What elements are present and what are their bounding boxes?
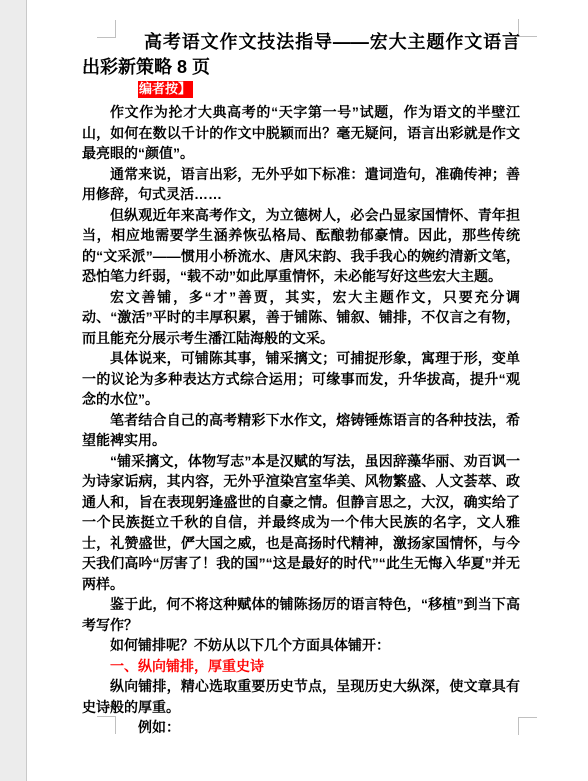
editor-note-row: 编者按】 [82, 80, 520, 102]
doc-title[interactable]: 高考语文作文技法指导——宏大主题作文语言出彩新策略 8 页 [82, 30, 520, 80]
paragraph[interactable]: 但纵观近年来高考作文，为立德树人，必会凸显家国情怀、青年担当，相应地需要学生涵养… [82, 205, 520, 287]
paragraph[interactable]: 鉴于此，何不将这种赋体的铺陈扬厉的语言特色，“移植”到当下高考写作？ [82, 594, 520, 635]
paragraph[interactable]: 笔者结合自己的高考精彩下水作文，熔铸锤炼语言的各种技法，希望能裨实用。 [82, 410, 520, 451]
text-boundary-mark-top-right [518, 19, 537, 37]
document-body[interactable]: 作文作为抡才大典高考的“天字第一号”试题，作为语文的半壁江山，如何在数以千计的作… [82, 102, 520, 738]
section-heading[interactable]: 一、纵向铺排，厚重史诗 [82, 656, 520, 677]
editor-note-badge[interactable]: 编者按】 [138, 81, 193, 98]
paragraph[interactable]: 如何铺排呢？不妨从以下几个方面具体铺开： [82, 635, 520, 656]
paragraph[interactable]: 具体说来，可铺陈其事，铺采摛文；可捕捉形象，寓理于形，变单一的议论为多种表达方式… [82, 348, 520, 410]
page-text-area[interactable]: 高考语文作文技法指导——宏大主题作文语言出彩新策略 8 页 编者按】 作文作为抡… [82, 30, 520, 738]
document-page-view: 高考语文作文技法指导——宏大主题作文语言出彩新策略 8 页 编者按】 作文作为抡… [0, 0, 588, 781]
paragraph[interactable]: 例如： [82, 717, 520, 738]
paragraph[interactable]: 作文作为抡才大典高考的“天字第一号”试题，作为语文的半壁江山，如何在数以千计的作… [82, 102, 520, 164]
paragraph[interactable]: 纵向铺排，精心选取重要历史节点，呈现历史大纵深，使文章具有史诗般的厚重。 [82, 676, 520, 717]
paragraph[interactable]: 宏文善铺，多“才”善贾，其实，宏大主题作文，只要充分调动、“激活”平时的丰厚积累… [82, 287, 520, 349]
paragraph[interactable]: “铺采摛文，体物写志”本是汉赋的写法，虽因辞藻华丽、劝百讽一为诗家诟病，其内容，… [82, 451, 520, 595]
text-boundary-mark-bottom-right [518, 717, 537, 735]
paragraph[interactable]: 通常来说，语言出彩，无外乎如下标准：遣词造句，准确传神；善用修辞，句式灵活…… [82, 164, 520, 205]
page-left-gutter [0, 0, 27, 781]
